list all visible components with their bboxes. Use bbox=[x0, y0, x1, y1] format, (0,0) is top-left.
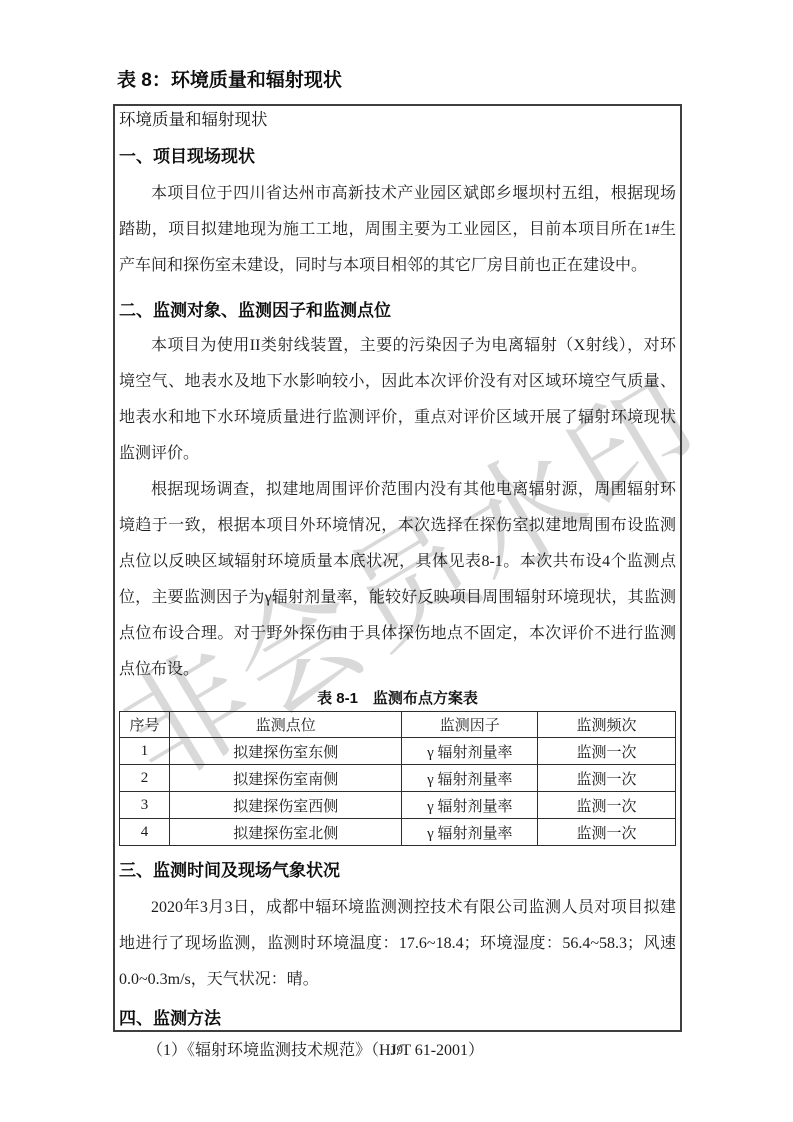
cell-factor: γ 辐射剂量率 bbox=[402, 792, 538, 819]
document-page: 非会员水印 表 8：环境质量和辐射现状 环境质量和辐射现状 一、项目现场现状 本… bbox=[0, 0, 793, 1122]
cell-location: 拟建探伤室南侧 bbox=[170, 765, 402, 792]
section-4-heading: 四、监测方法 bbox=[119, 1008, 676, 1030]
cell-index: 3 bbox=[120, 792, 170, 819]
cell-index: 2 bbox=[120, 765, 170, 792]
table-row: 3 拟建探伤室西侧 γ 辐射剂量率 监测一次 bbox=[120, 792, 676, 819]
table-row: 1 拟建探伤室东侧 γ 辐射剂量率 监测一次 bbox=[120, 738, 676, 765]
cell-frequency: 监测一次 bbox=[538, 792, 676, 819]
section-2-paragraph-2: 根据现场调查，拟建地周围评价范围内没有其他电离辐射源，周围辐射环境趋于一致，根据… bbox=[119, 472, 676, 688]
box-header-label: 环境质量和辐射现状 bbox=[119, 109, 676, 131]
section-1-paragraph: 本项目位于四川省达州市高新技术产业园区斌郎乡堰坝村五组，根据现场踏勘，项目拟建地… bbox=[119, 176, 676, 284]
cell-frequency: 监测一次 bbox=[538, 765, 676, 792]
cell-location: 拟建探伤室西侧 bbox=[170, 792, 402, 819]
cell-factor: γ 辐射剂量率 bbox=[402, 765, 538, 792]
table-row: 2 拟建探伤室南侧 γ 辐射剂量率 监测一次 bbox=[120, 765, 676, 792]
cell-location: 拟建探伤室东侧 bbox=[170, 738, 402, 765]
section-1-heading: 一、项目现场现状 bbox=[119, 146, 676, 168]
section-2-paragraph-1: 本项目为使用II类射线装置，主要的污染因子为电离辐射（X射线），对环境空气、地表… bbox=[119, 328, 676, 472]
content-box: 环境质量和辐射现状 一、项目现场现状 本项目位于四川省达州市高新技术产业园区斌郎… bbox=[113, 104, 682, 1032]
cell-factor: γ 辐射剂量率 bbox=[402, 819, 538, 846]
page-title: 表 8：环境质量和辐射现状 bbox=[117, 69, 342, 93]
cell-location: 拟建探伤室北侧 bbox=[170, 819, 402, 846]
cell-frequency: 监测一次 bbox=[538, 819, 676, 846]
cell-factor: γ 辐射剂量率 bbox=[402, 738, 538, 765]
table-row: 4 拟建探伤室北侧 γ 辐射剂量率 监测一次 bbox=[120, 819, 676, 846]
table-header-cell-frequency: 监测频次 bbox=[538, 712, 676, 738]
table-header-cell-factor: 监测因子 bbox=[402, 712, 538, 738]
table-header-row: 序号 监测点位 监测因子 监测频次 bbox=[120, 712, 676, 738]
section-3-paragraph: 2020年3月3日，成都中辐环境监测测控技术有限公司监测人员对项目拟建地进行了现… bbox=[119, 890, 676, 998]
cell-index: 4 bbox=[120, 819, 170, 846]
table-caption: 表 8-1 监测布点方案表 bbox=[119, 688, 676, 709]
table-header-cell-location: 监测点位 bbox=[170, 712, 402, 738]
monitoring-plan-table: 序号 监测点位 监测因子 监测频次 1 拟建探伤室东侧 γ 辐射剂量率 监测一次… bbox=[119, 711, 676, 846]
page-number: 19 bbox=[0, 1042, 793, 1058]
section-3-heading: 三、监测时间及现场气象状况 bbox=[119, 860, 676, 882]
cell-frequency: 监测一次 bbox=[538, 738, 676, 765]
table-header-cell-index: 序号 bbox=[120, 712, 170, 738]
section-2-heading: 二、监测对象、监测因子和监测点位 bbox=[119, 300, 676, 322]
cell-index: 1 bbox=[120, 738, 170, 765]
